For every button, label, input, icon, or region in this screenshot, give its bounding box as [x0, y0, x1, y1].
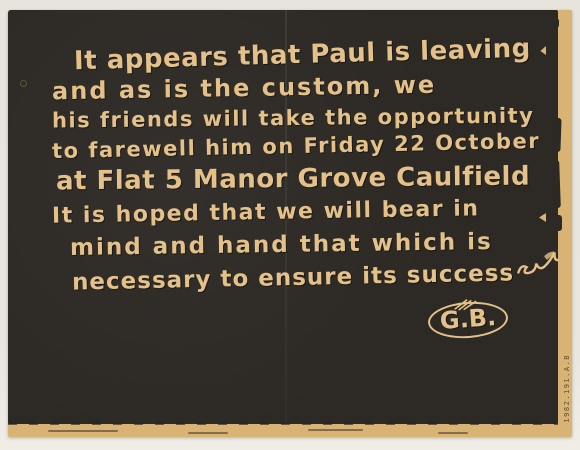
ragged-ink-edge — [8, 422, 558, 425]
ink-smudge — [554, 118, 561, 152]
deckle-edge-bottom — [8, 424, 558, 437]
text-line-3: his friends will take the opportunity — [52, 103, 535, 132]
accession-number: 1982.191.A.B — [563, 354, 571, 423]
ink-smudge — [555, 18, 559, 28]
paper-notch — [539, 213, 546, 222]
signature: G.B. — [427, 299, 510, 341]
edge-speck — [308, 429, 363, 431]
text-line-8: necessary to ensure its success — [72, 257, 561, 299]
text-line-4: to farewell him on Friday 22 October — [52, 129, 541, 163]
edge-speck — [48, 430, 118, 432]
text-line-1: It appears that Paul is leaving — [74, 34, 531, 77]
paper-notch — [539, 46, 546, 55]
edge-speck — [438, 432, 468, 434]
deckle-edge-right: 1982.191.A.B — [558, 10, 572, 437]
text-line-2: and as is the custom, we — [52, 71, 437, 106]
text-line-5: at Flat 5 Manor Grove Caulfield — [56, 162, 530, 197]
pinhole-mark — [20, 80, 27, 87]
text-line-8-text: necessary to ensure its success — [72, 260, 515, 295]
ink-field: It appears that Paul is leaving and as i… — [8, 10, 558, 424]
ink-smudge — [555, 215, 562, 231]
print-paper: It appears that Paul is leaving and as i… — [8, 10, 572, 437]
flourish-doodle-icon — [514, 248, 563, 287]
signature-flourish-icon — [452, 287, 480, 317]
edge-speck — [188, 432, 228, 434]
text-line-6: It is hoped that we will bear in — [52, 196, 480, 228]
ink-smudge — [554, 160, 561, 208]
text-line-7: mind and hand that which is — [70, 229, 493, 261]
